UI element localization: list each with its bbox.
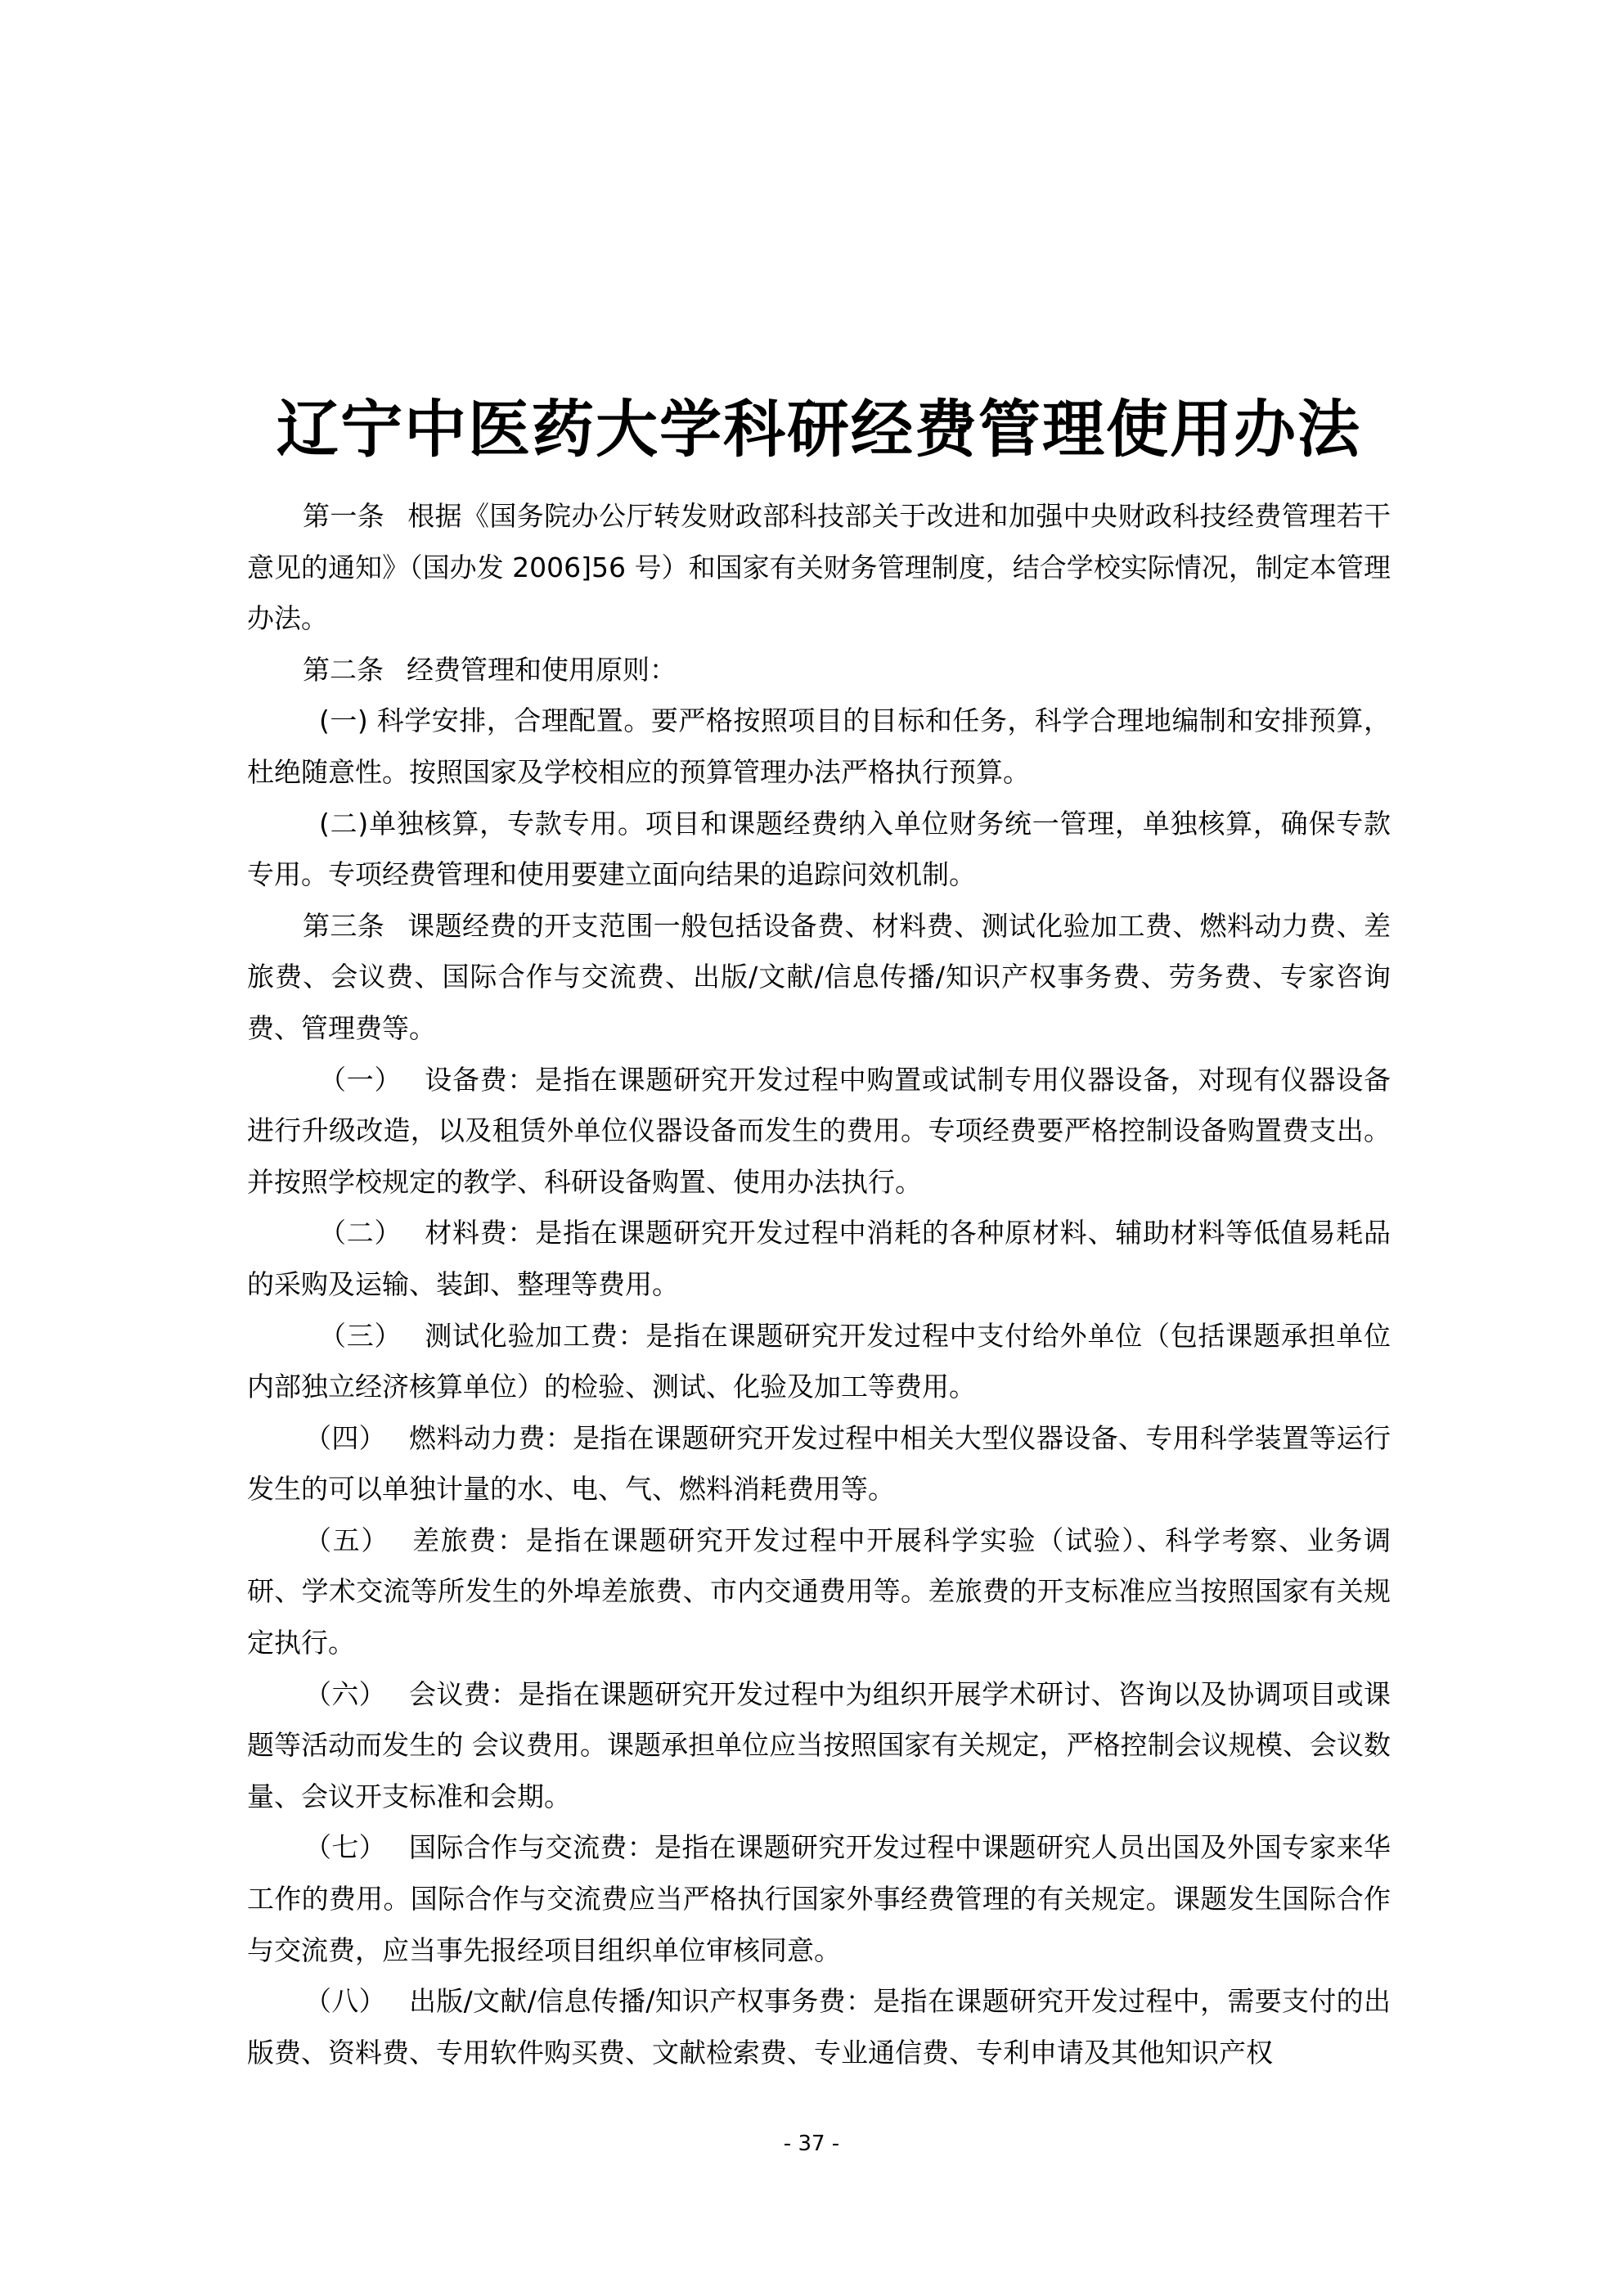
item-lead: （八） xyxy=(304,1985,386,2017)
expense-item-8: （八）出版/文献/信息传播/知识产权事务费：是指在课题研究开发过程中，需要支付的… xyxy=(247,1976,1391,2078)
item-lead: （五） xyxy=(304,1524,389,1556)
paragraph-text: (二)单独核算，专款专用。项目和课题经费纳入单位财务统一管理，单独核算，确保专款… xyxy=(247,808,1391,891)
article-3: 第三条课题经费的开支范围一般包括设备费、材料费、测试化验加工费、燃料动力费、差旅… xyxy=(247,901,1391,1055)
paragraph-text: (一) 科学安排，合理配置。要严格按照项目的目标和任务，科学合理地编制和安排预算… xyxy=(247,705,1391,788)
item-text: 测试化验加工费：是指在课题研究开发过程中支付给外单位（包括课题承担单位内部独立经… xyxy=(247,1320,1391,1403)
item-text: 国际合作与交流费：是指在课题研究开发过程中课题研究人员出国及外国专家来华工作的费… xyxy=(247,1831,1391,1965)
item-text: 材料费：是指在课题研究开发过程中消耗的各种原材料、辅助材料等低值易耗品的采购及运… xyxy=(247,1217,1391,1300)
item-lead: （四） xyxy=(304,1422,386,1454)
expense-item-1: （一）设备费：是指在课题研究开发过程中购置或试制专用仪器设备，对现有仪器设备进行… xyxy=(247,1055,1391,1209)
item-lead: （七） xyxy=(304,1831,386,1863)
expense-item-4: （四）燃料动力费：是指在课题研究开发过程中相关大型仪器设备、专用科学装置等运行发… xyxy=(247,1413,1391,1515)
page-number: - 37 - xyxy=(0,2127,1623,2160)
item-text: 会议费：是指在课题研究开发过程中为组织开展学术研讨、咨询以及协调项目或课题等活动… xyxy=(247,1678,1391,1812)
article-1: 第一条根据《国务院办公厅转发财政部科技部关于改进和加强中央财政科技经费管理若干意… xyxy=(247,491,1391,645)
article-text: 经费管理和使用原则： xyxy=(407,654,677,686)
document-body: 第一条根据《国务院办公厅转发财政部科技部关于改进和加强中央财政科技经费管理若干意… xyxy=(247,491,1391,2078)
item-lead: （一） xyxy=(319,1064,402,1096)
expense-item-3: （三）测试化验加工费：是指在课题研究开发过程中支付给外单位（包括课题承担单位内部… xyxy=(247,1311,1391,1413)
item-lead: （六） xyxy=(304,1678,386,1710)
article-text: 根据《国务院办公厅转发财政部科技部关于改进和加强中央财政科技经费管理若干意见的通… xyxy=(247,500,1391,634)
expense-item-5: （五）差旅费：是指在课题研究开发过程中开展科学实验（试验）、科学考察、业务调研、… xyxy=(247,1515,1391,1669)
document-title: 辽宁中医药大学科研经费管理使用办法 xyxy=(247,385,1391,475)
expense-item-2: （二）材料费：是指在课题研究开发过程中消耗的各种原材料、辅助材料等低值易耗品的采… xyxy=(247,1208,1391,1310)
item-text: 设备费：是指在课题研究开发过程中购置或试制专用仪器设备，对现有仪器设备进行升级改… xyxy=(247,1064,1391,1198)
article-lead: 第二条 xyxy=(303,654,384,686)
article-text: 课题经费的开支范围一般包括设备费、材料费、测试化验加工费、燃料动力费、差旅费、会… xyxy=(247,910,1391,1044)
expense-item-7: （七）国际合作与交流费：是指在课题研究开发过程中课题研究人员出国及外国专家来华工… xyxy=(247,1822,1391,1976)
item-lead: （二） xyxy=(319,1217,402,1249)
principle-1: (一) 科学安排，合理配置。要严格按照项目的目标和任务，科学合理地编制和安排预算… xyxy=(247,696,1391,798)
item-lead: （三） xyxy=(319,1320,402,1352)
principle-2: (二)单独核算，专款专用。项目和课题经费纳入单位财务统一管理，单独核算，确保专款… xyxy=(247,799,1391,901)
item-text: 出版/文献/信息传播/知识产权事务费：是指在课题研究开发过程中，需要支付的出版费… xyxy=(247,1985,1391,2069)
article-lead: 第一条 xyxy=(303,500,384,532)
article-2: 第二条经费管理和使用原则： xyxy=(247,645,1391,696)
item-text: 燃料动力费：是指在课题研究开发过程中相关大型仪器设备、专用科学装置等运行发生的可… xyxy=(247,1422,1391,1506)
expense-item-6: （六）会议费：是指在课题研究开发过程中为组织开展学术研讨、咨询以及协调项目或课题… xyxy=(247,1669,1391,1823)
item-text: 差旅费：是指在课题研究开发过程中开展科学实验（试验）、科学考察、业务调研、学术交… xyxy=(247,1524,1391,1659)
article-lead: 第三条 xyxy=(303,910,384,942)
